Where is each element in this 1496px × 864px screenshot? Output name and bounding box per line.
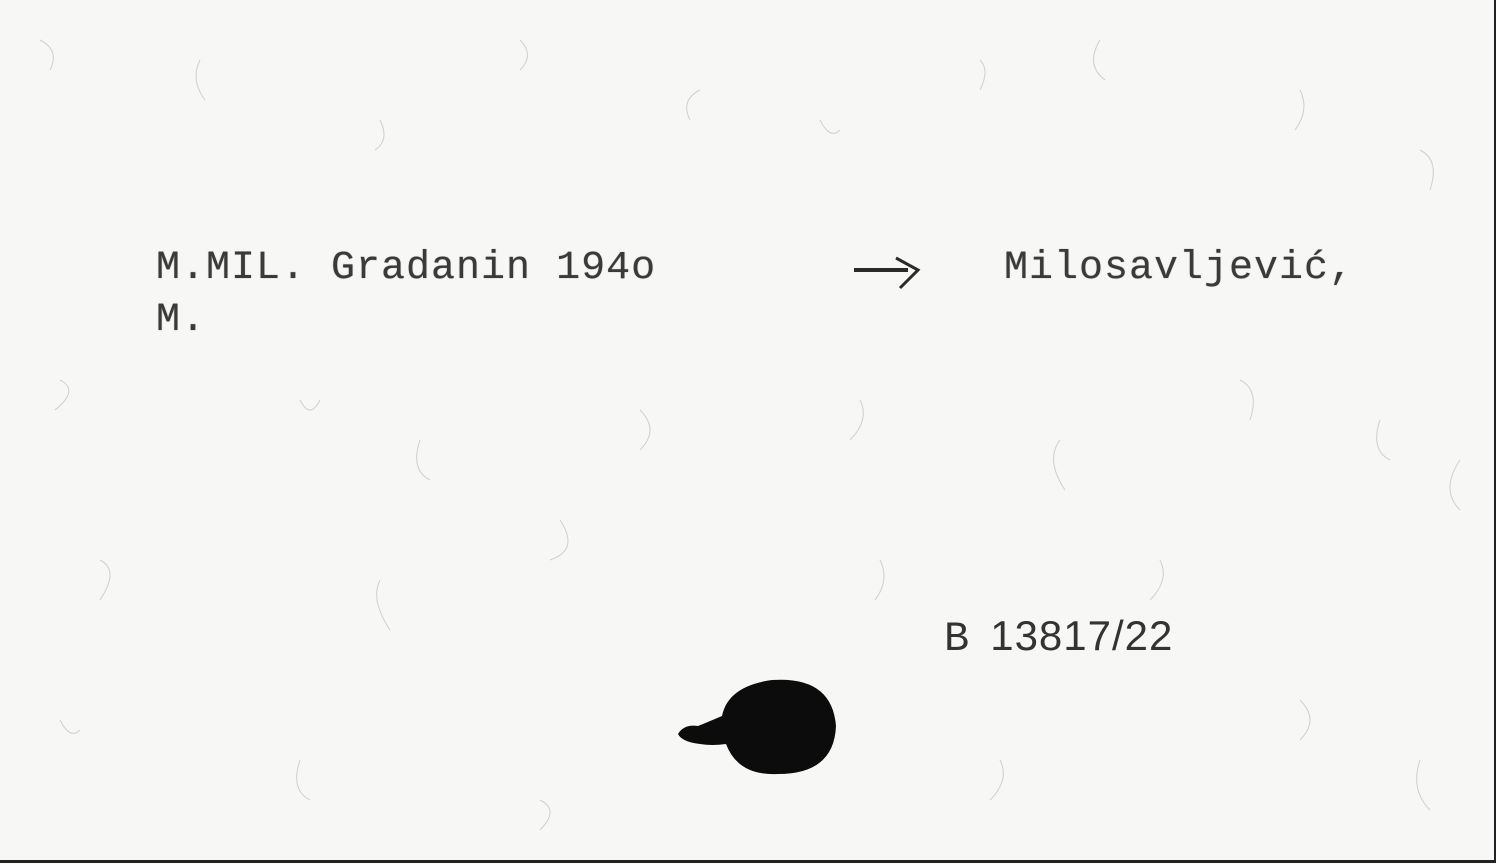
call-number-value: 13817/22	[990, 612, 1173, 659]
call-number-prefix: B	[944, 615, 970, 663]
see-reference: Milosavljević,	[1004, 246, 1354, 291]
call-number: B13817/22	[944, 612, 1173, 663]
heading-line-2: M.	[156, 298, 206, 343]
catalog-card: M.MIL. Gradanin 194o M. Milosavljević, B…	[0, 0, 1496, 863]
heading-line-1: M.MIL. Gradanin 194o	[156, 246, 656, 291]
right-arrow-icon	[852, 254, 922, 294]
punch-hole-icon	[672, 676, 842, 776]
